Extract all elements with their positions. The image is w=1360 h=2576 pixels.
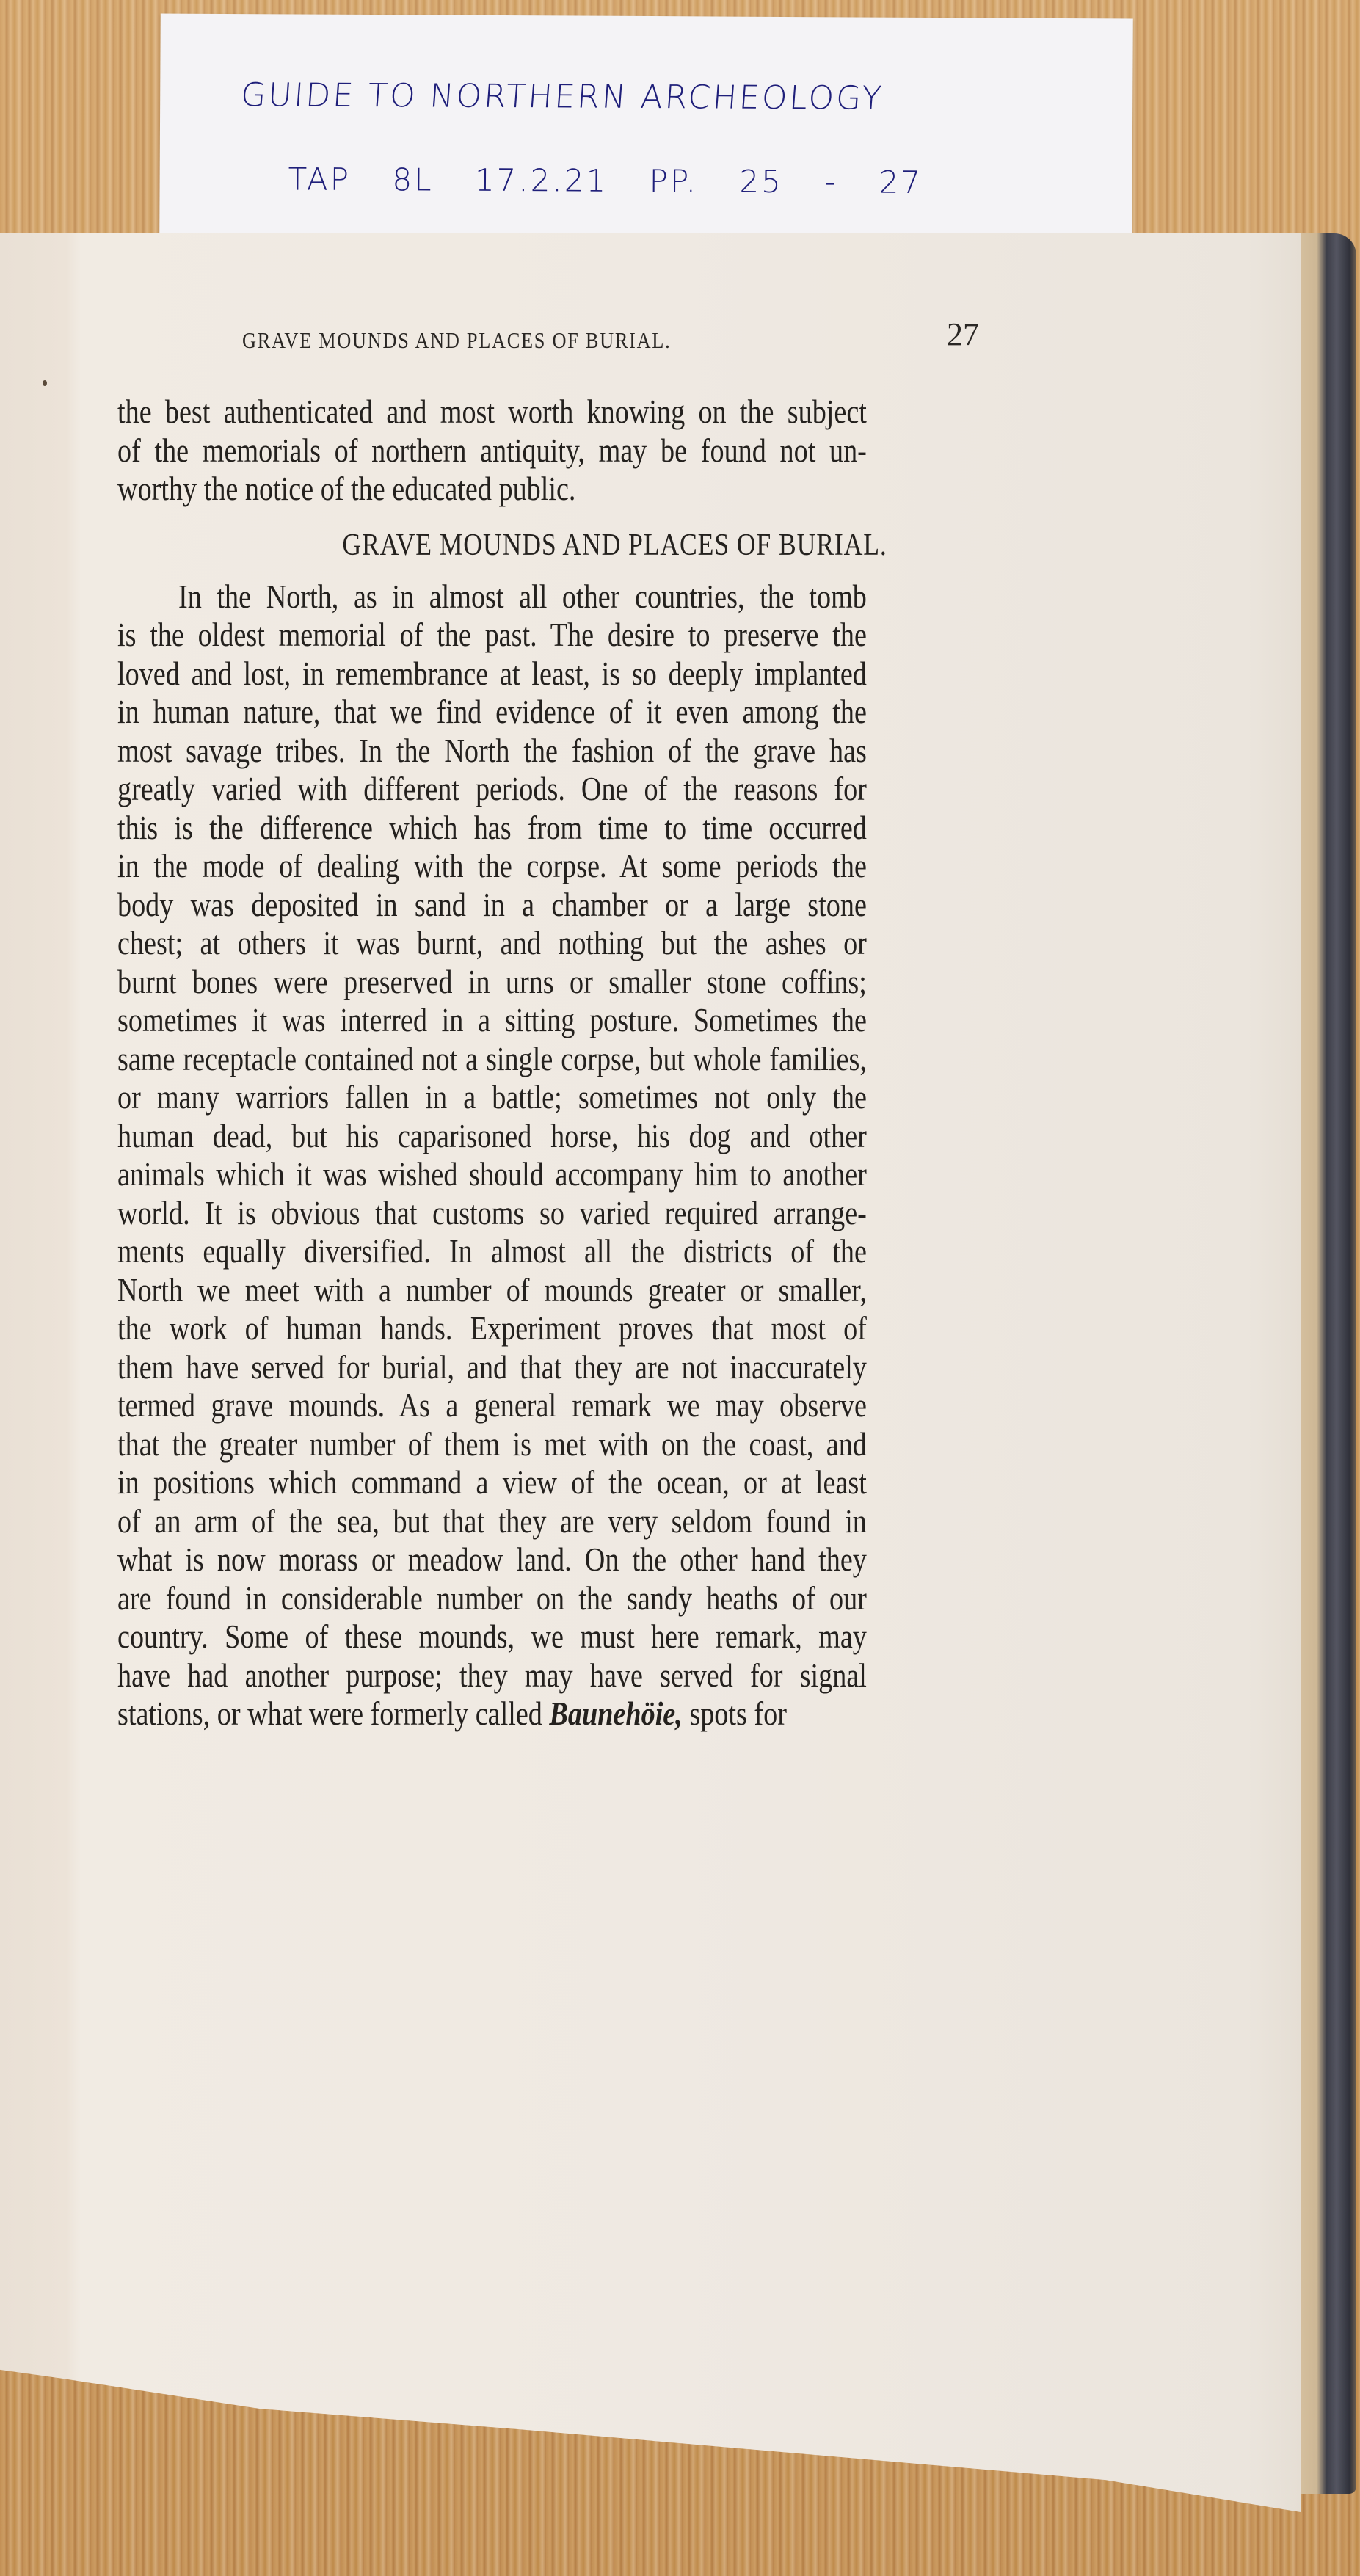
- text-line: country. Some of these mounds, we must h…: [117, 1618, 867, 1656]
- text-line: the work of human hands. Experiment prov…: [117, 1309, 867, 1348]
- text-line: greatly varied with different periods. O…: [117, 770, 867, 809]
- text-line: is the oldest memorial of the past. The …: [117, 616, 867, 655]
- text-line: in human nature, that we find evidence o…: [117, 693, 867, 732]
- text-line: them have served for burial, and that th…: [117, 1348, 867, 1387]
- text-line: in positions which command a view of the…: [117, 1463, 867, 1502]
- text-line: animals which it was wished should accom…: [117, 1155, 867, 1194]
- handwritten-reference-card: Guide to Northern Archeology TAP 8L 17.2…: [159, 14, 1133, 239]
- text-line: sometimes it was interred in a sitting p…: [117, 1001, 867, 1040]
- section-title: GRAVE MOUNDS AND PLACES OF BURIAL.: [192, 526, 1038, 564]
- text-line: ments equally diversified. In almost all…: [117, 1232, 867, 1271]
- main-paragraph: In the North, as in almost all other cou…: [117, 578, 1112, 1695]
- running-head: GRAVE MOUNDS AND PLACES OF BURIAL.: [242, 327, 866, 354]
- card-reference: TAP 8L 17.2.21 pp. 25 - 27: [288, 161, 923, 200]
- text-line: burnt bones were preserved in urns or sm…: [117, 963, 867, 1002]
- text-line: human dead, but his caparisoned horse, h…: [117, 1117, 867, 1156]
- page-body: the best authenticated and most worth kn…: [117, 393, 1112, 1733]
- text-line: what is now morass or meadow land. On th…: [117, 1540, 867, 1579]
- italic-term: Baunehöie,: [549, 1695, 682, 1732]
- text-line: the best authenticated and most worth kn…: [117, 393, 867, 432]
- text-line: worthy the notice of the educated public…: [117, 470, 867, 509]
- card-date: 17.2.21: [475, 162, 608, 199]
- text-line: In the North, as in almost all other cou…: [117, 578, 867, 616]
- card-shelfmark: TAP 8L: [288, 161, 433, 197]
- text-line: in the mode of dealing with the corpse. …: [117, 847, 867, 886]
- page-number: 27: [947, 316, 979, 353]
- card-pages: pp. 25 - 27: [649, 163, 923, 200]
- text-line: or many warriors fallen in a battle; som…: [117, 1078, 867, 1117]
- text-line: world. It is obvious that customs so var…: [117, 1194, 867, 1233]
- text-line: termed grave mounds. As a general remark…: [117, 1386, 867, 1425]
- text-line: North we meet with a number of mounds gr…: [117, 1271, 867, 1310]
- text-line: same receptacle contained not a single c…: [117, 1040, 867, 1079]
- final-line: stations, or what were formerly called B…: [117, 1695, 867, 1733]
- paper-speck: [43, 380, 47, 386]
- text-line: are found in considerable number on the …: [117, 1579, 867, 1618]
- text-line: body was deposited in sand in a chamber …: [117, 886, 867, 925]
- text-line: this is the difference which has from ti…: [117, 809, 867, 848]
- text-line: chest; at others it was burnt, and nothi…: [117, 924, 867, 963]
- text-line: have had another purpose; they may have …: [117, 1656, 867, 1695]
- text-line: of the memorials of northern antiquity, …: [117, 432, 867, 470]
- text-line: loved and lost, in remembrance at least,…: [117, 655, 867, 694]
- card-title: Guide to Northern Archeology: [239, 76, 885, 117]
- text-line: of an arm of the sea, but that they are …: [117, 1502, 867, 1541]
- text-line: most savage tribes. In the North the fas…: [117, 732, 867, 771]
- text-line: that the greater number of them is met w…: [117, 1425, 867, 1464]
- intro-paragraph: the best authenticated and most worth kn…: [117, 393, 1112, 509]
